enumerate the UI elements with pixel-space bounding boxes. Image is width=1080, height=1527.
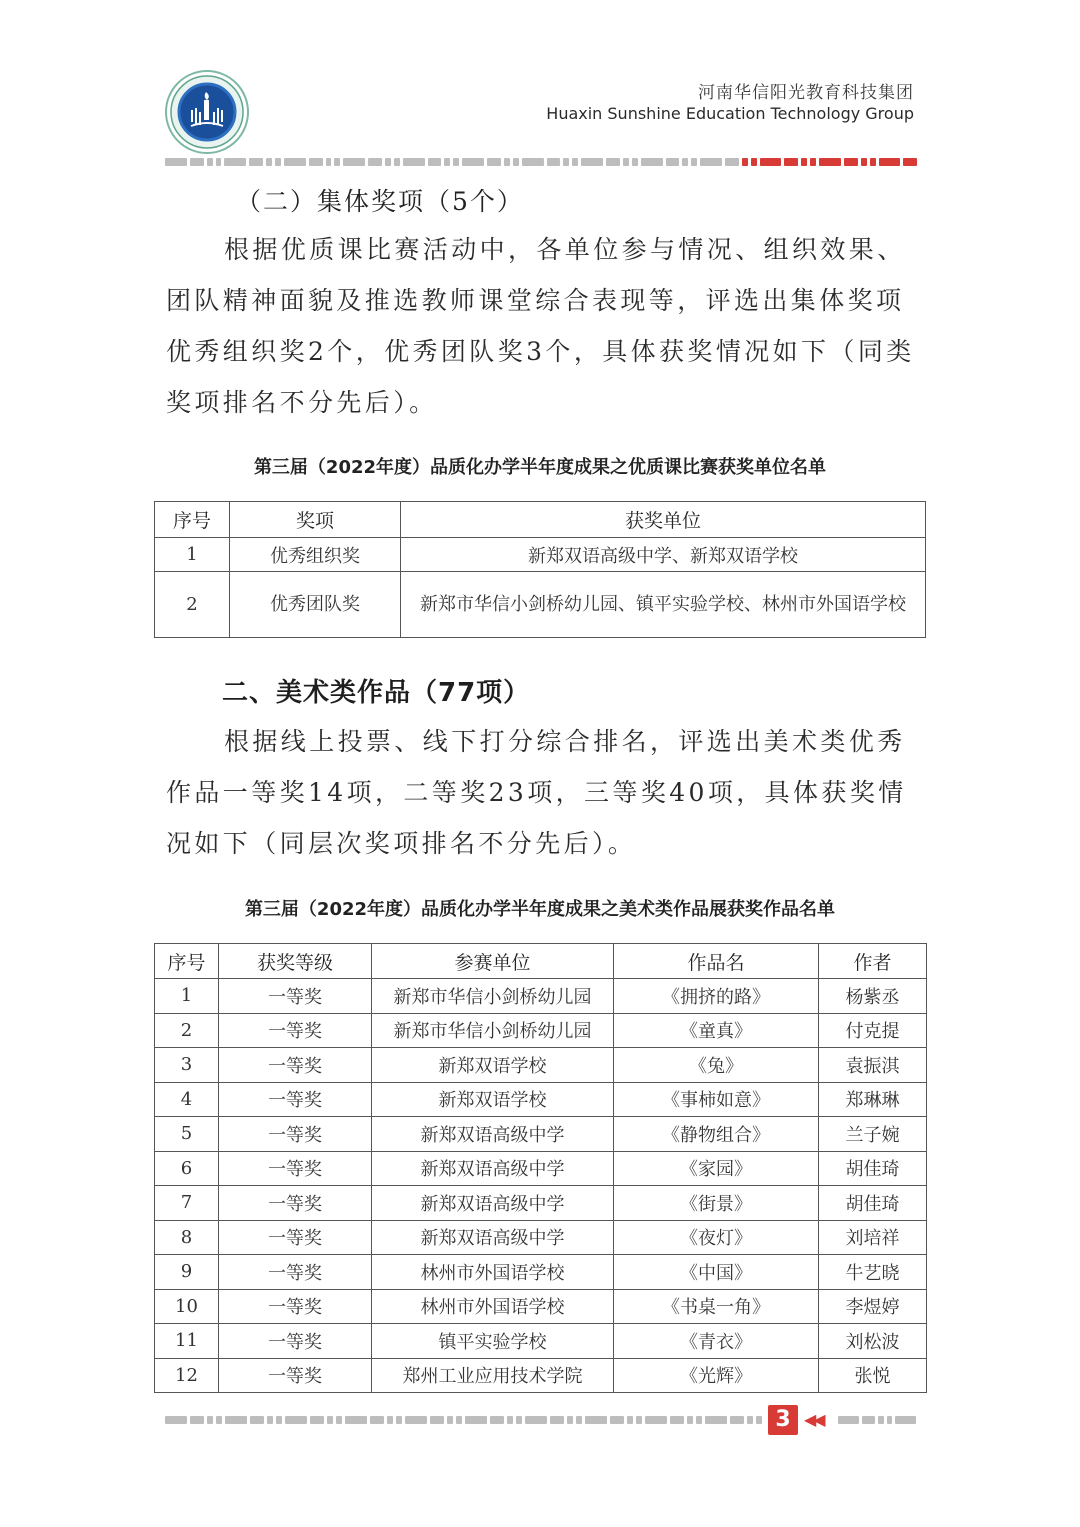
table-header-row: 序号 获奖等级 参赛单位 作品名 作者 bbox=[155, 944, 927, 979]
column-header: 获奖单位 bbox=[401, 502, 926, 538]
table-row: 6一等奖新郑双语高级中学《家园》胡佳琦 bbox=[155, 1151, 927, 1186]
table-cell: 一等奖 bbox=[219, 1013, 372, 1048]
table-cell: 2 bbox=[155, 1013, 219, 1048]
column-header: 作品名 bbox=[614, 944, 819, 979]
table-cell: 9 bbox=[155, 1255, 219, 1290]
table-row: 2一等奖新郑市华信小剑桥幼儿园《童真》付克提 bbox=[155, 1013, 927, 1048]
table-row: 2 优秀团队奖 新郑市华信小剑桥幼儿园、镇平实验学校、林州市外国语学校 bbox=[155, 572, 926, 638]
table-cell: 4 bbox=[155, 1082, 219, 1117]
table-cell: 一等奖 bbox=[219, 1117, 372, 1152]
table-row: 11一等奖镇平实验学校《青衣》刘松波 bbox=[155, 1324, 927, 1359]
column-header: 作者 bbox=[819, 944, 927, 979]
table-cell: 《童真》 bbox=[614, 1013, 819, 1048]
table-cell: 林州市外国语学校 bbox=[372, 1255, 614, 1290]
table-cell: 新郑双语高级中学 bbox=[372, 1186, 614, 1221]
table-cell: 新郑双语高级中学 bbox=[372, 1117, 614, 1152]
table-cell: 《静物组合》 bbox=[614, 1117, 819, 1152]
table-cell: 一等奖 bbox=[219, 1082, 372, 1117]
table-cell: 《中国》 bbox=[614, 1255, 819, 1290]
table-cell: 一等奖 bbox=[219, 1255, 372, 1290]
table-cell: 一等奖 bbox=[219, 1186, 372, 1221]
table-cell: 一等奖 bbox=[219, 1048, 372, 1083]
table-cell: 一等奖 bbox=[219, 1358, 372, 1393]
table-cell: 8 bbox=[155, 1220, 219, 1255]
table-cell: 11 bbox=[155, 1324, 219, 1359]
footer-decorative-bar-right bbox=[838, 1415, 916, 1425]
collective-awards-paragraph: 根据优质课比赛活动中，各单位参与情况、组织效果、团队精神面貌及推选教师课堂综合表… bbox=[166, 224, 918, 428]
table-cell: 6 bbox=[155, 1151, 219, 1186]
table-row: 9一等奖林州市外国语学校《中国》牛艺晓 bbox=[155, 1255, 927, 1290]
table-cell: 杨紫丞 bbox=[819, 979, 927, 1014]
table-cell: 《夜灯》 bbox=[614, 1220, 819, 1255]
collective-awards-subheading: （二）集体奖项（5个） bbox=[236, 182, 524, 218]
table-cell: 镇平实验学校 bbox=[372, 1324, 614, 1359]
table-cell: 牛艺晓 bbox=[819, 1255, 927, 1290]
table-cell: 新郑市华信小剑桥幼儿园、镇平实验学校、林州市外国语学校 bbox=[401, 572, 926, 638]
table-cell: 一等奖 bbox=[219, 1151, 372, 1186]
table-cell: 《家园》 bbox=[614, 1151, 819, 1186]
table-cell: 《光辉》 bbox=[614, 1358, 819, 1393]
table1-title: 第三届（2022年度）品质化办学半年度成果之优质课比赛获奖单位名单 bbox=[0, 453, 1080, 479]
column-header: 获奖等级 bbox=[219, 944, 372, 979]
table-cell: 3 bbox=[155, 1048, 219, 1083]
table-row: 1一等奖新郑市华信小剑桥幼儿园《拥挤的路》杨紫丞 bbox=[155, 979, 927, 1014]
table-row: 5一等奖新郑双语高级中学《静物组合》兰子婉 bbox=[155, 1117, 927, 1152]
art-works-paragraph: 根据线上投票、线下打分综合排名，评选出美术类优秀作品一等奖14项，二等奖23项，… bbox=[166, 716, 918, 869]
table-cell: 林州市外国语学校 bbox=[372, 1289, 614, 1324]
art-works-heading: 二、美术类作品（77项） bbox=[222, 672, 530, 709]
table-cell: 1 bbox=[155, 538, 230, 572]
table-cell: 一等奖 bbox=[219, 979, 372, 1014]
table-cell: 2 bbox=[155, 572, 230, 638]
table-cell: 《书桌一角》 bbox=[614, 1289, 819, 1324]
org-name-en: Huaxin Sunshine Education Technology Gro… bbox=[546, 104, 914, 123]
table-cell: 李煜婷 bbox=[819, 1289, 927, 1324]
table-cell: 5 bbox=[155, 1117, 219, 1152]
column-header: 序号 bbox=[155, 944, 219, 979]
table-cell: 郑琳琳 bbox=[819, 1082, 927, 1117]
table-cell: 10 bbox=[155, 1289, 219, 1324]
double-arrow-left-icon: ◀◀ bbox=[804, 1410, 823, 1429]
table-row: 10一等奖林州市外国语学校《书桌一角》李煜婷 bbox=[155, 1289, 927, 1324]
table-cell: 胡佳琦 bbox=[819, 1186, 927, 1221]
column-header: 奖项 bbox=[230, 502, 401, 538]
table-cell: 7 bbox=[155, 1186, 219, 1221]
table-cell: 刘培祥 bbox=[819, 1220, 927, 1255]
table-cell: 《街景》 bbox=[614, 1186, 819, 1221]
table-cell: 刘松波 bbox=[819, 1324, 927, 1359]
table-cell: 新郑双语学校 bbox=[372, 1082, 614, 1117]
table-cell: 新郑双语高级中学 bbox=[372, 1151, 614, 1186]
header-decorative-bar bbox=[165, 157, 917, 167]
table-row: 3一等奖新郑双语学校《兔》袁振淇 bbox=[155, 1048, 927, 1083]
table-cell: 新郑双语高级中学 bbox=[372, 1220, 614, 1255]
table-cell: 《青衣》 bbox=[614, 1324, 819, 1359]
column-header: 序号 bbox=[155, 502, 230, 538]
table-row: 8一等奖新郑双语高级中学《夜灯》刘培祥 bbox=[155, 1220, 927, 1255]
table-cell: 胡佳琦 bbox=[819, 1151, 927, 1186]
table-row: 4一等奖新郑双语学校《事柿如意》郑琳琳 bbox=[155, 1082, 927, 1117]
table-row: 7一等奖新郑双语高级中学《街景》胡佳琦 bbox=[155, 1186, 927, 1221]
table-cell: 张悦 bbox=[819, 1358, 927, 1393]
table-cell: 优秀团队奖 bbox=[230, 572, 401, 638]
table-cell: 郑州工业应用技术学院 bbox=[372, 1358, 614, 1393]
table-cell: 优秀组织奖 bbox=[230, 538, 401, 572]
table-cell: 一等奖 bbox=[219, 1289, 372, 1324]
table-cell: 新郑市华信小剑桥幼儿园 bbox=[372, 979, 614, 1014]
table-cell: 《拥挤的路》 bbox=[614, 979, 819, 1014]
table-cell: 12 bbox=[155, 1358, 219, 1393]
table-cell: 兰子婉 bbox=[819, 1117, 927, 1152]
art-awards-table: 序号 获奖等级 参赛单位 作品名 作者 1一等奖新郑市华信小剑桥幼儿园《拥挤的路… bbox=[154, 943, 927, 1393]
table-cell: 一等奖 bbox=[219, 1324, 372, 1359]
table-cell: 付克提 bbox=[819, 1013, 927, 1048]
table-cell: 一等奖 bbox=[219, 1220, 372, 1255]
footer-decorative-bar bbox=[165, 1415, 763, 1425]
table-cell: 新郑双语高级中学、新郑双语学校 bbox=[401, 538, 926, 572]
collective-awards-table: 序号 奖项 获奖单位 1 优秀组织奖 新郑双语高级中学、新郑双语学校 2 优秀团… bbox=[154, 501, 926, 638]
table-cell: 新郑市华信小剑桥幼儿园 bbox=[372, 1013, 614, 1048]
column-header: 参赛单位 bbox=[372, 944, 614, 979]
school-emblem-icon bbox=[165, 70, 249, 154]
table-cell: 1 bbox=[155, 979, 219, 1014]
page-number: 3 bbox=[768, 1405, 798, 1435]
table2-title: 第三届（2022年度）品质化办学半年度成果之美术类作品展获奖作品名单 bbox=[0, 895, 1080, 921]
table-row: 1 优秀组织奖 新郑双语高级中学、新郑双语学校 bbox=[155, 538, 926, 572]
table-header-row: 序号 奖项 获奖单位 bbox=[155, 502, 926, 538]
table-cell: 《兔》 bbox=[614, 1048, 819, 1083]
table-cell: 袁振淇 bbox=[819, 1048, 927, 1083]
table-row: 12一等奖郑州工业应用技术学院《光辉》张悦 bbox=[155, 1358, 927, 1393]
table-cell: 《事柿如意》 bbox=[614, 1082, 819, 1117]
table-cell: 新郑双语学校 bbox=[372, 1048, 614, 1083]
org-name-cn: 河南华信阳光教育科技集团 bbox=[698, 78, 914, 103]
